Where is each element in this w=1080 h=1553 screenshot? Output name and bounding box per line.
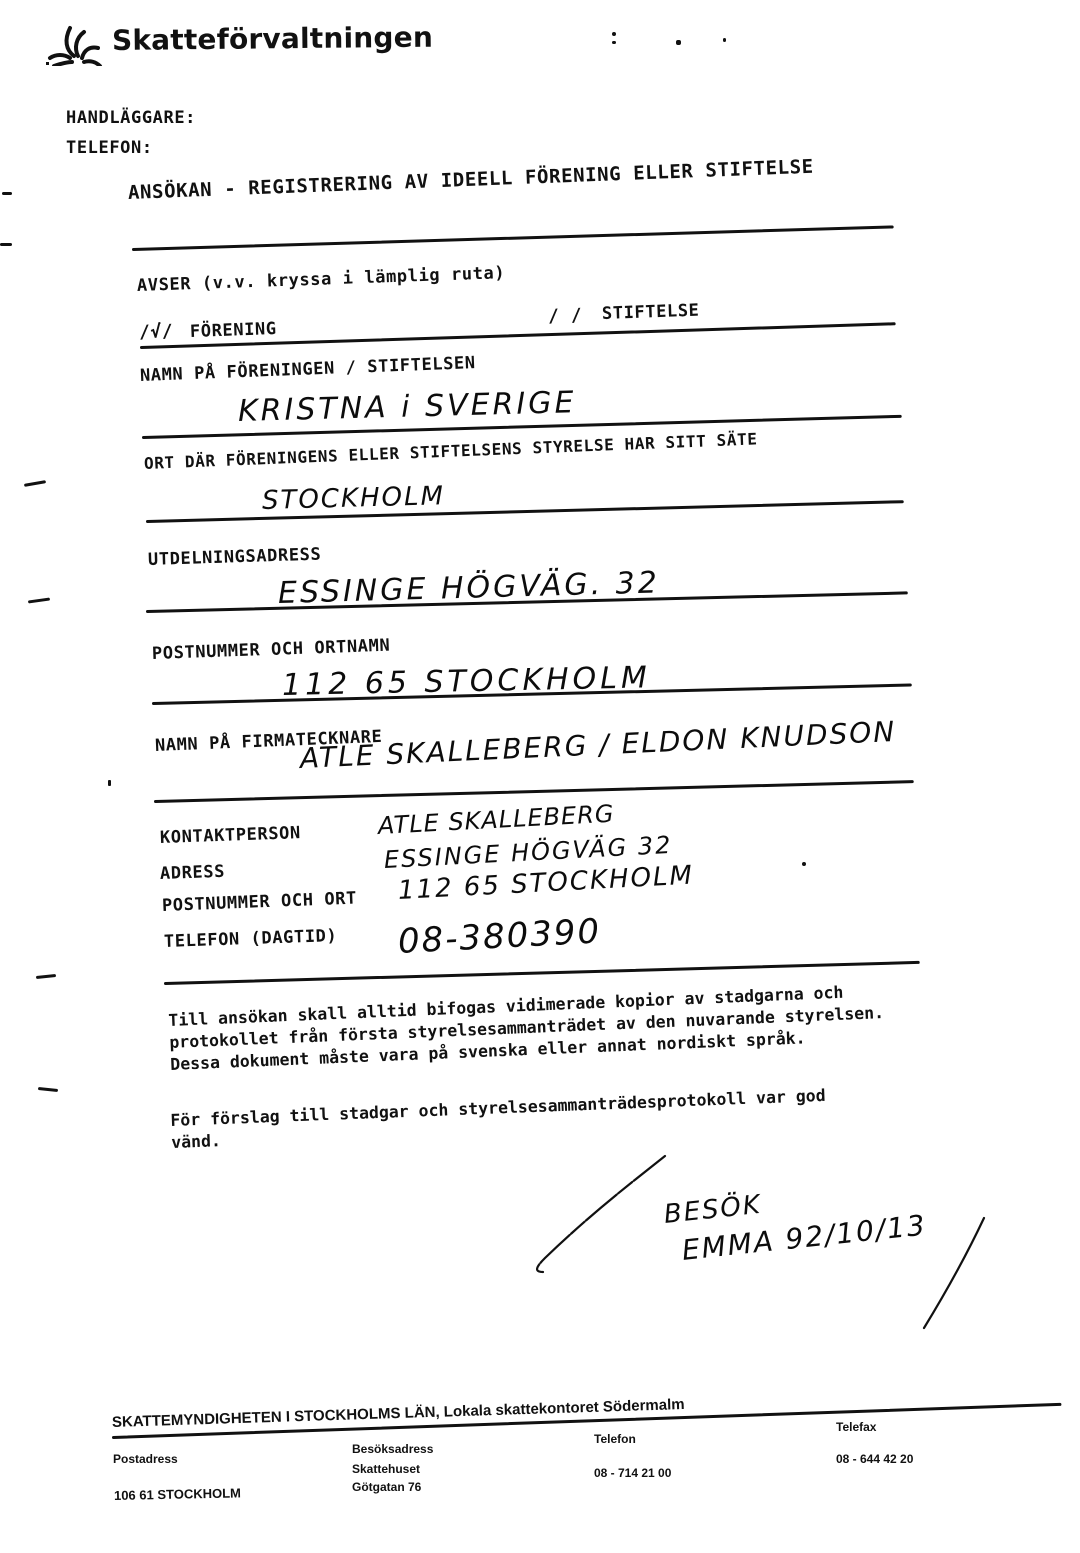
- footer-visit-line1: Skattehuset: [352, 1462, 420, 1476]
- pen-stroke-right: [916, 1212, 996, 1332]
- forening-option-label: FÖRENING: [190, 319, 277, 342]
- field-divider-signatories: [154, 780, 914, 803]
- scan-mark: [24, 480, 46, 487]
- contact-label-postal: POSTNUMMER OCH ORT: [162, 889, 358, 916]
- scan-speck: [723, 38, 726, 42]
- field-label-postal: POSTNUMMER OCH ORTNAMN: [152, 636, 391, 664]
- contact-divider: [164, 961, 920, 985]
- handler-label: HANDLÄGGARE:: [66, 108, 196, 128]
- forening-checkbox[interactable]: /√/: [139, 321, 174, 343]
- scan-speck: [612, 41, 616, 44]
- contact-value-phone[interactable]: 08-380390: [397, 911, 602, 962]
- scan-mark: [36, 974, 56, 979]
- statutes-notice: För förslag till stadgar och styrelsesam…: [170, 1079, 991, 1154]
- scan-mark: [28, 597, 50, 603]
- field-value-seat[interactable]: STOCKHOLM: [262, 481, 446, 516]
- avser-label: AVSER (v.v. kryssa i lämplig ruta): [137, 263, 506, 296]
- field-label-name: NAMN PÅ FÖRENINGEN / STIFTELSEN: [140, 353, 476, 386]
- contact-value-person[interactable]: ATLE SKALLEBERG: [377, 800, 615, 840]
- pen-stroke-left: [515, 1150, 675, 1280]
- footer-postal-value: 106 61 STOCKHOLM: [114, 1485, 241, 1503]
- field-label-address: UTDELNINGSADRESS: [148, 545, 322, 570]
- footer-fax-label: Telefax: [836, 1420, 876, 1434]
- scan-speck: [802, 862, 806, 866]
- contact-label-phone: TELEFON (DAGTID): [164, 926, 338, 952]
- stiftelse-option-label: STIFTELSE: [602, 301, 700, 324]
- footer-fax-value: 08 - 644 42 20: [836, 1452, 913, 1466]
- attachment-notice: Till ansökan skall alltid bifogas vidime…: [168, 976, 990, 1076]
- contact-label-person: KONTAKTPERSON: [160, 823, 301, 848]
- scan-mark: [2, 192, 12, 195]
- skatteverket-logo-icon: [44, 22, 104, 66]
- scan-speck: [108, 780, 111, 786]
- title-divider: [132, 225, 894, 251]
- field-value-signatories[interactable]: ATLE SKALLEBERG / ELDON KNUDSON: [299, 715, 897, 775]
- scan-mark: [0, 243, 12, 246]
- scan-mark: [38, 1087, 58, 1092]
- footer-phone-label: Telefon: [594, 1432, 636, 1446]
- footer-visit-line2: Götgatan 76: [352, 1480, 421, 1494]
- field-divider-seat: [146, 500, 904, 523]
- footer-visit-label: Besöksadress: [352, 1442, 433, 1456]
- footer-phone-value: 08 - 714 21 00: [594, 1466, 671, 1480]
- contact-label-address: ADRESS: [160, 862, 226, 884]
- stiftelse-checkbox[interactable]: / /: [548, 305, 583, 327]
- handler-phone-label: TELEFON:: [66, 138, 153, 158]
- scan-speck: [612, 32, 616, 36]
- agency-name: Skatteförvaltningen: [112, 21, 433, 57]
- field-value-name[interactable]: KRISTNA i SVERIGE: [238, 385, 577, 429]
- scan-speck: [676, 40, 681, 45]
- footer-postal-label: Postadress: [113, 1452, 178, 1466]
- annotation-visit: BESÖK: [662, 1190, 763, 1230]
- form-title: ANSÖKAN - REGISTRERING AV IDEELL FÖRENIN…: [128, 156, 815, 204]
